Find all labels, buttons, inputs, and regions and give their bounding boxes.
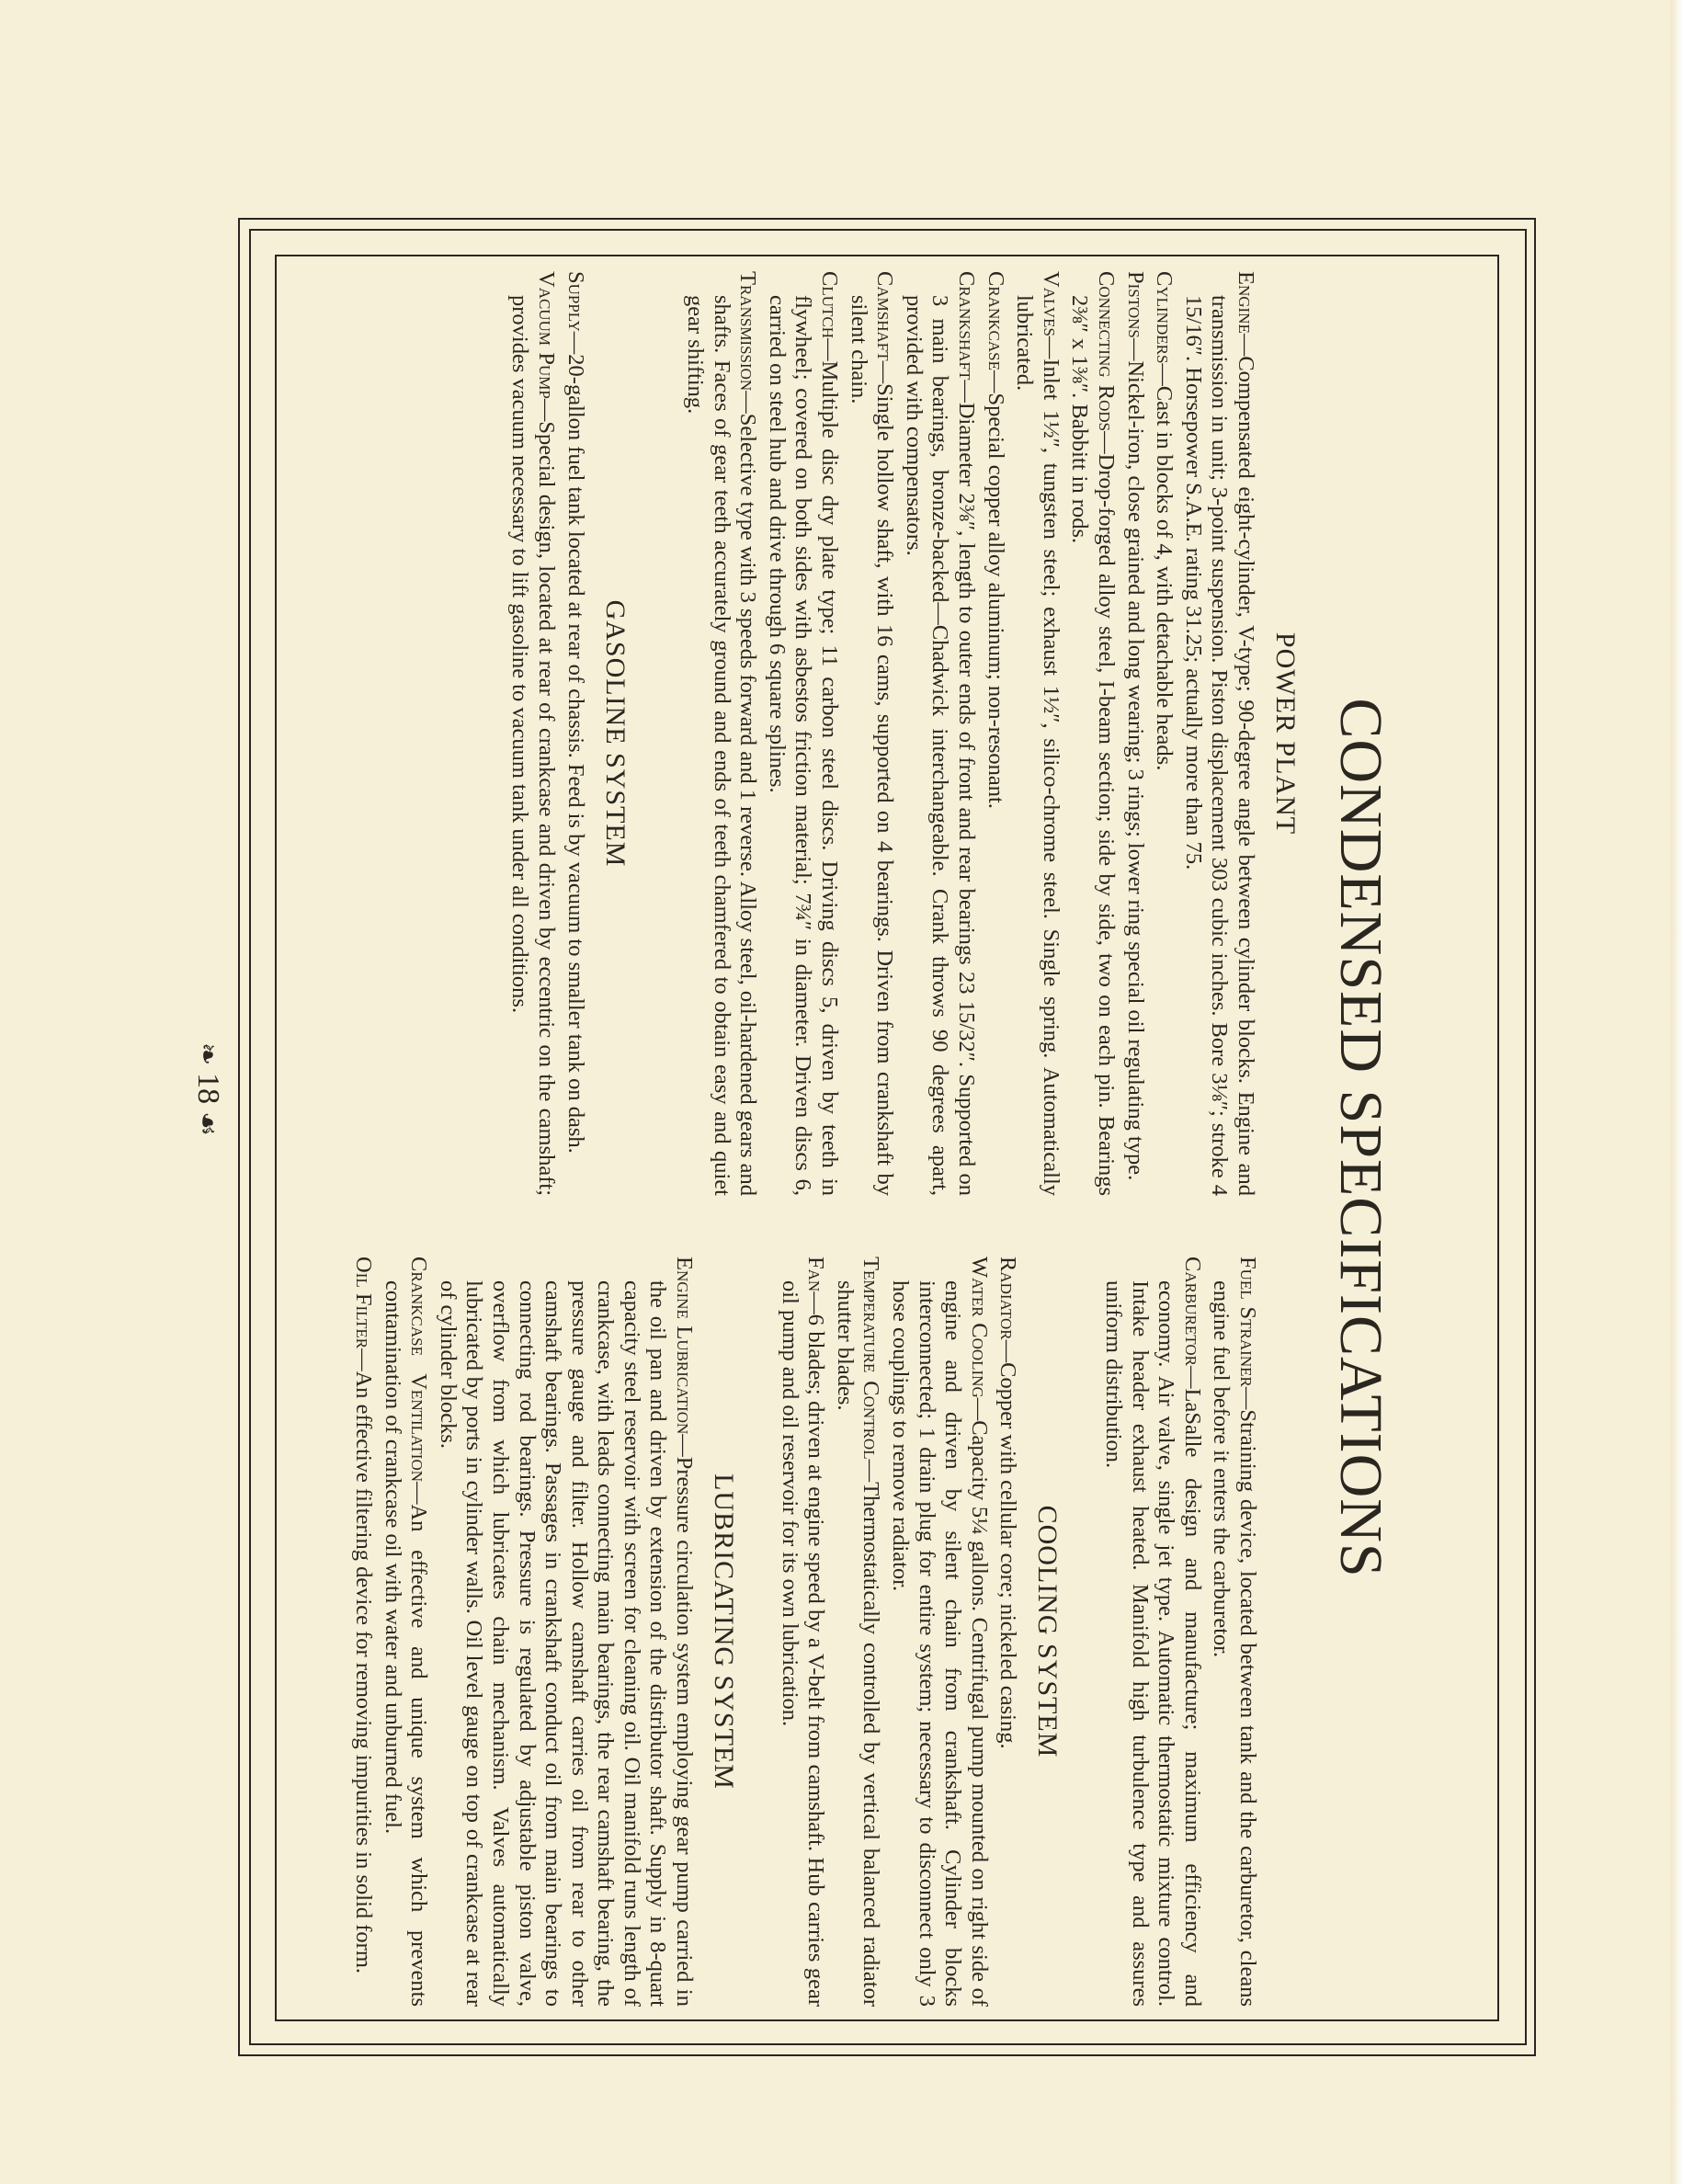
spec-entry: Engine—Compensated eight-cylinder, V-typ…	[1179, 271, 1258, 1196]
lubricating-system-entries: Engine Lubrication—Pressure circulation …	[349, 1257, 697, 2007]
spec-text: —Diameter 2⅜″, length to outer ends of f…	[902, 295, 979, 1196]
paper-edge	[1670, 0, 1683, 2184]
spec-label: Cylinders	[1152, 271, 1177, 363]
spec-label: Pistons	[1123, 271, 1148, 338]
spec-label: Supply	[563, 271, 588, 332]
spec-text: —Special copper alloy aluminum; non-reso…	[984, 370, 1008, 809]
spec-text: —Pressure circulation system employing g…	[436, 1280, 697, 2007]
spec-label: Camshaft	[872, 271, 897, 361]
spec-label: Water Cooling	[967, 1257, 992, 1398]
spec-label: Clutch	[817, 271, 842, 338]
spec-text: —Inlet 1½″, tungsten steel; exhaust 1½″,…	[1012, 295, 1063, 1196]
section-lubricating-system: LUBRICATING SYSTEM Engine Lubrication—Pr…	[349, 1257, 739, 2007]
section-fuel: Fuel Strainer—Straining device, located …	[1099, 1257, 1260, 2007]
spec-entry: Fan—6 blades; driven at engine speed by …	[776, 1257, 828, 2007]
spec-text: —Copper with cellular core; nickeled cas…	[995, 1340, 1020, 1749]
ornament-left-icon: ❧	[192, 1042, 224, 1065]
spec-text: —Nickel-iron, close grained and long wea…	[1123, 338, 1148, 1180]
spec-text: —20-gallon fuel tank located at rear of …	[563, 332, 588, 1154]
cooling-system-entries: Radiator—Copper with cellular core; nick…	[776, 1257, 1020, 2007]
spec-entry: Pistons—Nickel-iron, close grained and l…	[1121, 271, 1148, 1196]
left-column: POWER PLANT Engine—Compensated eight-cyl…	[481, 271, 1302, 1196]
fuel-entries: Fuel Strainer—Straining device, located …	[1099, 1257, 1260, 2007]
spec-label: Oil Filter	[351, 1257, 376, 1348]
page-content: CONDENSED SPECIFICATIONS POWER PLANT Eng…	[275, 255, 1499, 2021]
spec-entry: Cylinders—Cast in blocks of 4, with deta…	[1151, 271, 1177, 1196]
spec-label: Engine Lubrication	[672, 1257, 697, 1434]
spec-entry: Radiator—Copper with cellular core; nick…	[995, 1257, 1021, 2007]
gasoline-system-entries: Supply—20-gallon fuel tank located at re…	[506, 271, 588, 1196]
spec-label: Crankshaft	[954, 271, 979, 380]
spec-entry: Carburetor—LaSalle design and manufactur…	[1099, 1257, 1204, 2007]
spec-entry: Water Cooling—Capacity 5¼ gallons. Centr…	[886, 1257, 991, 2007]
section-title-power-plant: POWER PLANT	[1269, 271, 1301, 1196]
spec-text: —Straining device, located between tank …	[1209, 1280, 1260, 2007]
spec-entry: Valves—Inlet 1½″, tungsten steel; exhaus…	[1011, 271, 1063, 1196]
spec-label: Fan	[803, 1257, 828, 1291]
spec-entry: Supply—20-gallon fuel tank located at re…	[562, 271, 588, 1196]
page-number-block: ❧ 18 ☙	[180, 1020, 235, 1158]
spec-text: —LaSalle design and manufacture; maximum…	[1101, 1280, 1205, 2007]
power-plant-entries: Engine—Compensated eight-cylinder, V-typ…	[682, 271, 1258, 1196]
section-cooling-system: COOLING SYSTEM Radiator—Copper with cell…	[776, 1257, 1063, 2007]
spec-entry: Crankcase—Special copper alloy aluminum;…	[982, 271, 1008, 1196]
section-title-gasoline-system: GASOLINE SYSTEM	[599, 271, 631, 1196]
spec-label: Connecting Rods	[1094, 271, 1119, 431]
page-title: CONDENSED SPECIFICATIONS	[1330, 255, 1391, 2021]
spec-text: —An effective filtering device for remov…	[351, 1348, 376, 1974]
spec-entry: Vacuum Pump—Special design, located at r…	[506, 271, 559, 1196]
section-title-cooling-system: COOLING SYSTEM	[1031, 1257, 1063, 2007]
spec-text: —Single hollow shaft, with 16 cams, supp…	[847, 295, 898, 1196]
spec-entry: Temperature Control—Thermostatically con…	[831, 1257, 883, 2007]
spec-entry: Crankcase Ventilation—An effective and u…	[379, 1257, 431, 2007]
spec-label: Temperature Control	[859, 1257, 883, 1460]
spec-text: —Multiple disc dry plate type; 11 carbon…	[765, 295, 842, 1196]
spec-label: Crankcase Ventilation	[406, 1257, 431, 1482]
spec-entry: Fuel Strainer—Straining device, located …	[1208, 1257, 1260, 2007]
spec-text: —Cast in blocks of 4, with detachable he…	[1152, 363, 1177, 770]
section-power-plant: POWER PLANT Engine—Compensated eight-cyl…	[682, 271, 1301, 1196]
right-column: Fuel Strainer—Straining device, located …	[324, 1257, 1302, 2007]
spec-label: Fuel Strainer	[1235, 1257, 1260, 1387]
spec-label: Engine	[1234, 271, 1258, 334]
page-number: 18	[190, 1073, 225, 1104]
spec-text: —Special design, located at rear of cran…	[507, 295, 559, 1196]
spec-entry: Oil Filter—An effective filtering device…	[349, 1257, 376, 2007]
spec-entry: Connecting Rods—Drop-forged alloy steel,…	[1066, 271, 1119, 1196]
spec-entry: Camshaft—Single hollow shaft, with 16 ca…	[845, 271, 897, 1196]
spec-label: Radiator	[995, 1257, 1020, 1340]
ornament-right-icon: ☙	[192, 1111, 224, 1136]
spec-label: Carburetor	[1180, 1257, 1205, 1366]
spec-label: Vacuum Pump	[534, 271, 559, 399]
rotated-page-content: CONDENSED SPECIFICATIONS POWER PLANT Eng…	[275, 255, 1499, 2021]
spec-entry: Clutch—Multiple disc dry plate type; 11 …	[763, 271, 842, 1196]
spec-label: Transmission	[735, 271, 760, 391]
spec-entry: Crankshaft—Diameter 2⅜″, length to outer…	[900, 271, 979, 1196]
spec-entry: Engine Lubrication—Pressure circulation …	[434, 1257, 697, 2007]
spec-entry: Transmission—Selective type with 3 speed…	[682, 271, 761, 1196]
spec-text: —Compensated eight-cylinder, V-type; 90-…	[1181, 295, 1258, 1196]
section-gasoline-system: GASOLINE SYSTEM Supply—20-gallon fuel ta…	[506, 271, 631, 1196]
spec-label: Crankcase	[984, 271, 1008, 370]
spec-label: Valves	[1039, 271, 1063, 336]
section-title-lubricating-system: LUBRICATING SYSTEM	[708, 1257, 739, 2007]
spec-text: —Selective type with 3 speeds forward an…	[683, 295, 760, 1196]
spec-text: —6 blades; driven at engine speed by a V…	[778, 1280, 829, 2007]
